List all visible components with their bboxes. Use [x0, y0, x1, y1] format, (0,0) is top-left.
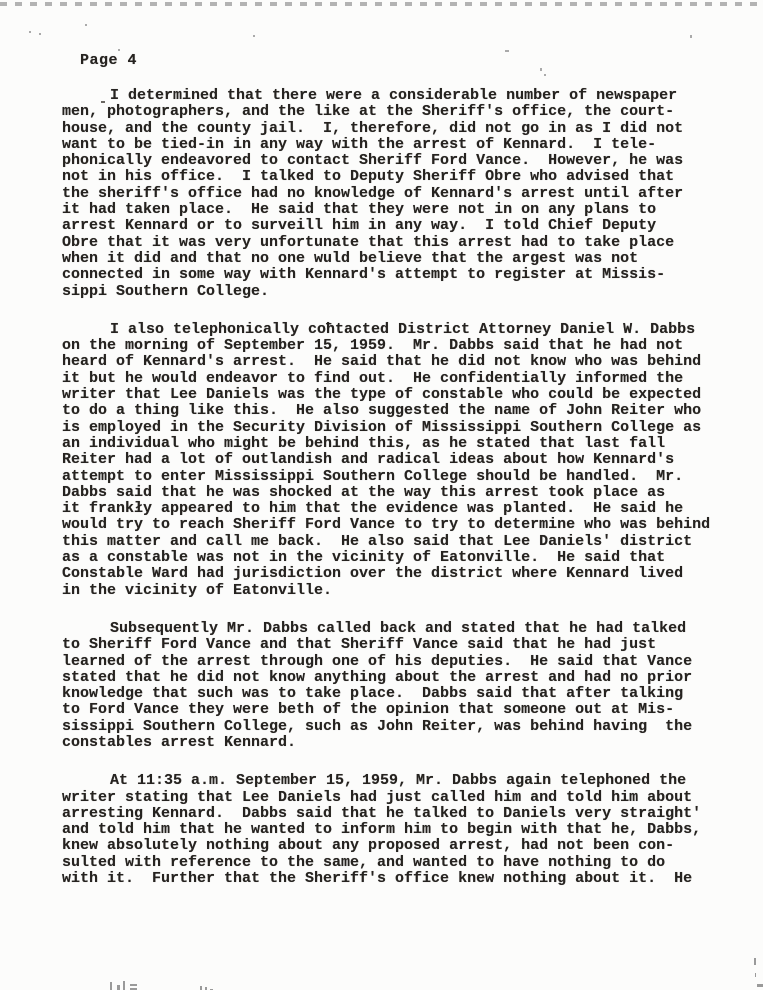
scan-speck	[39, 33, 41, 35]
scan-speck	[540, 68, 542, 71]
scan-speck	[85, 24, 87, 26]
paragraph-3: Subsequently Mr. Dabbs called back and s…	[62, 621, 754, 751]
scanned-document-page: Page 4 I determined that there were a co…	[0, 0, 763, 990]
paragraph-1: I determined that there were a considera…	[62, 88, 754, 300]
paragraph-4: At 11:35 a.m. September 15, 1959, Mr. Da…	[62, 773, 754, 887]
document-body: I determined that there were a considera…	[62, 88, 754, 909]
paragraph-2: I also telephonically coħtacted District…	[62, 322, 754, 599]
scan-speck	[29, 31, 31, 33]
scan-speck	[101, 101, 105, 103]
page-number-label: Page 4	[80, 52, 137, 69]
scan-speck	[544, 74, 546, 76]
scan-speck	[505, 50, 509, 52]
scan-edge-dashes-top	[0, 2, 763, 6]
scan-speck	[253, 35, 255, 37]
scan-speck	[118, 49, 120, 51]
scan-speck	[690, 35, 692, 38]
